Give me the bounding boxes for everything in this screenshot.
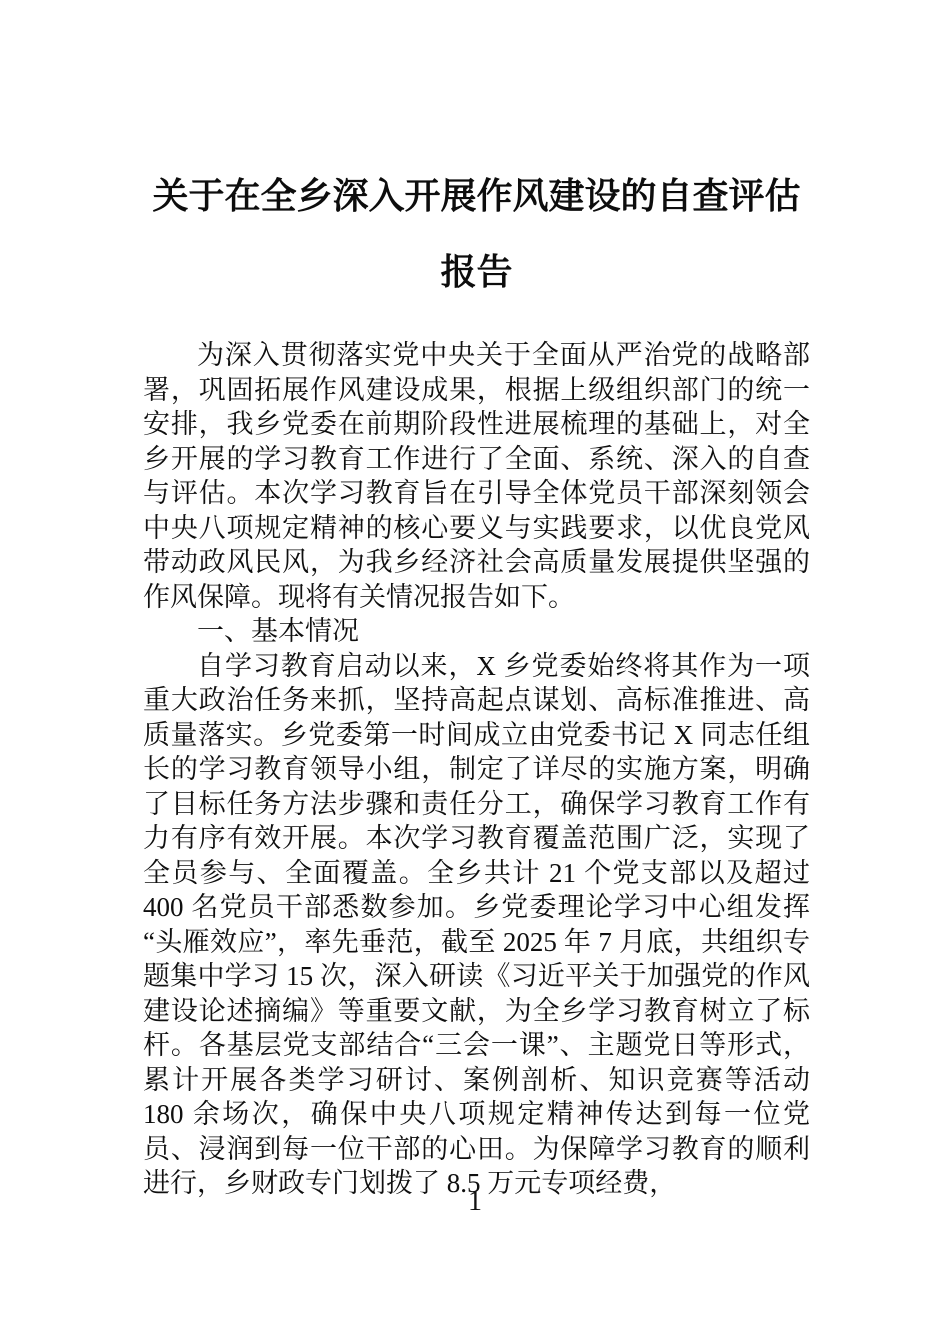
document-title: 关于在全乡深入开展作风建设的自查评估报告 — [143, 158, 810, 310]
page-number: 1 — [0, 1185, 950, 1219]
intro-paragraph: 为深入贯彻落实党中央关于全面从严治党的战略部署，巩固拓展作风建设成果，根据上级组… — [143, 338, 810, 614]
section-body-paragraph: 自学习教育启动以来，X 乡党委始终将其作为一项重大政治任务来抓，坚持高起点谋划、… — [143, 649, 810, 1201]
document-page: 关于在全乡深入开展作风建设的自查评估报告 为深入贯彻落实党中央关于全面从严治党的… — [0, 0, 950, 1344]
document-body: 关于在全乡深入开展作风建设的自查评估报告 为深入贯彻落实党中央关于全面从严治党的… — [143, 158, 810, 1201]
section-heading-basic-situation: 一、基本情况 — [143, 614, 810, 649]
